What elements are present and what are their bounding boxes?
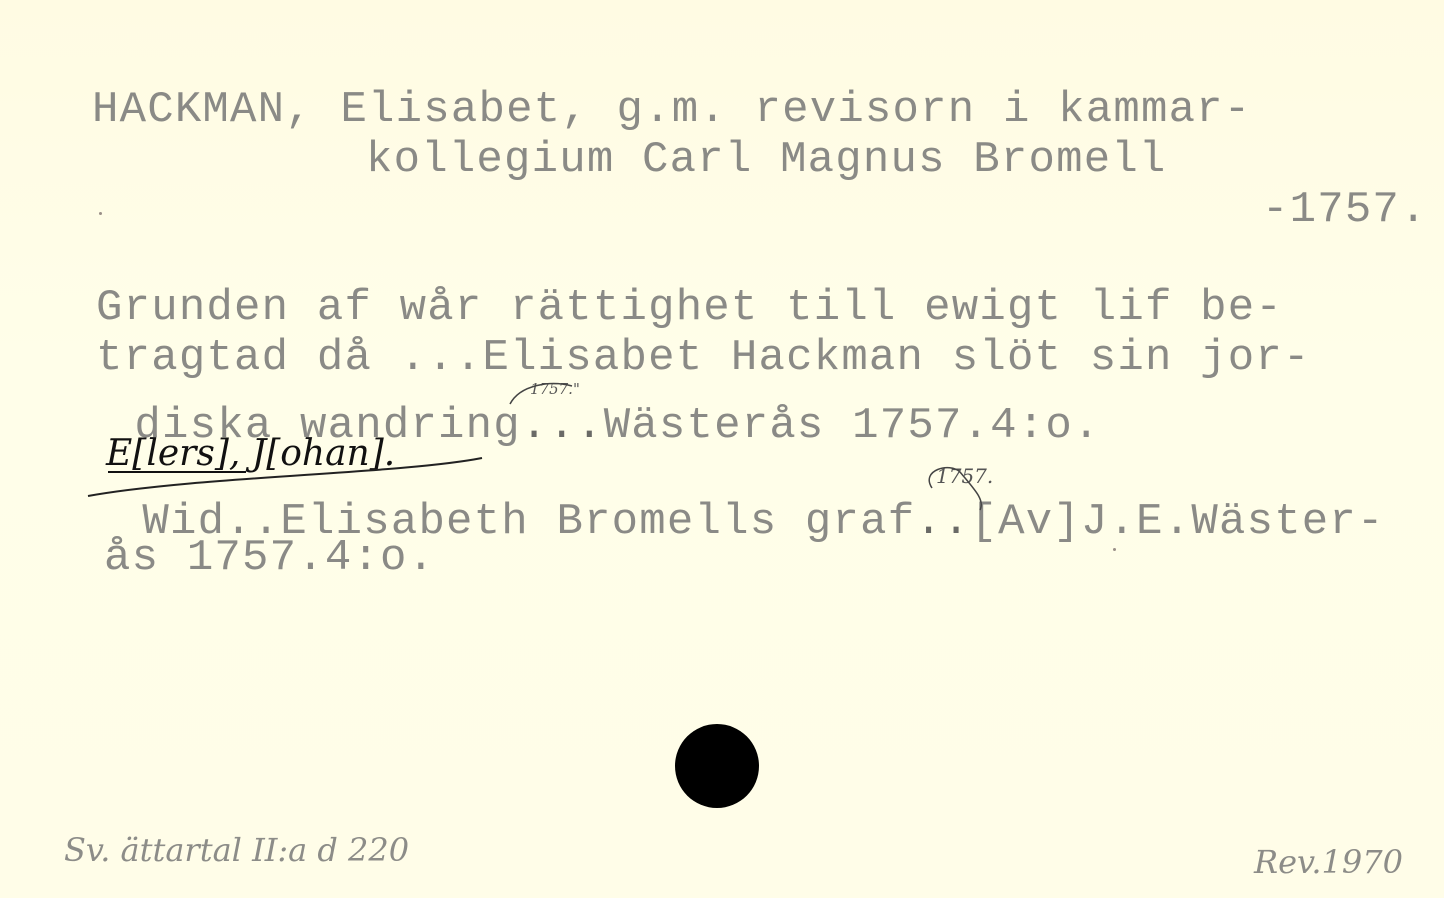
- footer-revision-note: Rev.1970: [1254, 846, 1403, 878]
- punch-hole: [675, 724, 759, 808]
- heading-line-2: kollegium Carl Magnus Bromell: [366, 138, 1167, 182]
- entry1-line-2: tragtad då ...Elisabet Hackman slöt sin …: [96, 336, 1311, 380]
- entry1-ellipsis: ...: [521, 401, 604, 451]
- entry2-handwritten-year: 1757.: [936, 466, 993, 486]
- entry2-line-2: ås 1757.4:o.: [104, 536, 435, 580]
- footer-source-note: Sv. ättartal II:a d 220: [64, 834, 409, 866]
- heading-line-1: HACKMAN, Elisabet, g.m. revisorn i kamma…: [92, 88, 1251, 132]
- paper-speck: [99, 212, 102, 215]
- entry1-handwritten-year: 1757.": [530, 382, 580, 397]
- paper-speck: [1113, 548, 1116, 551]
- heading-dates: -1757.: [1262, 188, 1428, 232]
- entry1-line-3-end: Wästerås 1757.4:o.: [604, 401, 1101, 451]
- entry2-author-handwritten: E[lers], J[ohan].: [106, 436, 395, 472]
- entry2-ellipsis: ..: [915, 497, 970, 547]
- entry2-line-1-end: [Av]J.E.Wäster-: [971, 497, 1385, 547]
- catalog-card: HACKMAN, Elisabet, g.m. revisorn i kamma…: [0, 0, 1444, 898]
- entry1-line-1: Grunden af wår rättighet till ewigt lif …: [96, 286, 1283, 330]
